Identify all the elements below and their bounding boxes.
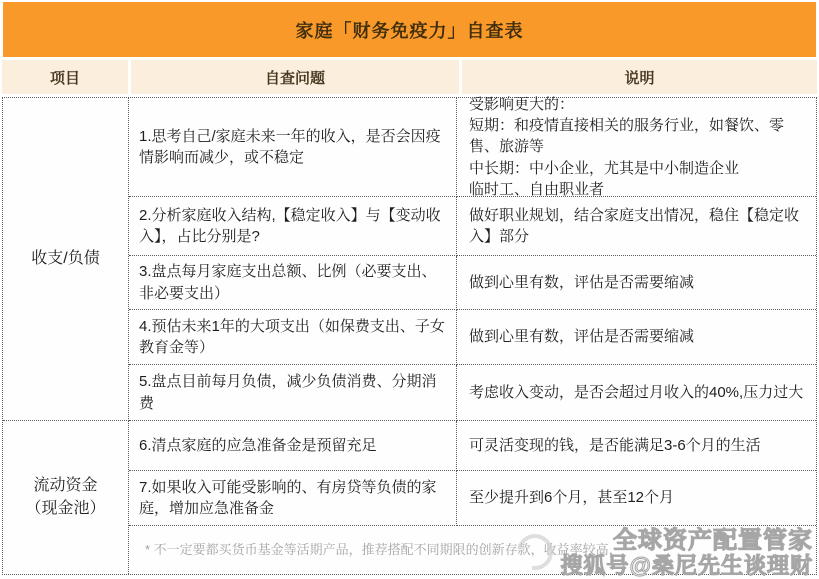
column-header-row: 项目 自查问题 说明 — [2, 60, 817, 94]
column-header-question: 自查问题 — [131, 60, 459, 94]
category-cell-liquid-funds: 流动资金 （现金池） — [3, 421, 129, 574]
title-banner: 家庭「财务免疫力」自查表 — [3, 2, 816, 57]
question-cell-5: 5.盘点目前每月负债，减少负债消费、分期消费 — [129, 365, 457, 421]
explanation-cell-3: 做到心里有数，评估是否需要缩减 — [457, 256, 816, 310]
explanation-cell-5: 考虑收入变动，是否会超过月收入的40%,压力过大 — [457, 365, 816, 421]
column-header-item: 项目 — [2, 60, 128, 94]
question-cell-7: 7.如果收入可能受影响的、有房贷等负债的家庭，增加应急准备金 — [129, 471, 457, 526]
explanation-cell-7: 至少提升到6个月，甚至12个月 — [457, 471, 816, 526]
question-cell-6: 6.清点家庭的应急准备金是预留充足 — [129, 421, 457, 471]
question-cell-3: 3.盘点每月家庭支出总额、比例（必要支出、非必要支出） — [129, 256, 457, 310]
explanation-cell-6: 可灵活变现的钱，是否能满足3-6个月的生活 — [457, 421, 816, 471]
column-header-explanation: 说明 — [462, 60, 817, 94]
table-body: 收支/负债 流动资金 （现金池） 1.思考自己/家庭未来一年的收入，是否会因疫情… — [2, 97, 817, 575]
explanation-cell-4: 做到心里有数，评估是否需要缩减 — [457, 310, 816, 365]
explanation-cell-2: 做好职业规划，结合家庭支出情况，稳住【稳定收入】部分 — [457, 197, 816, 256]
question-cell-4: 4.预估未来1年的大项支出（如保费支出、子女教育金等） — [129, 310, 457, 365]
footnote: * 不一定要都买货币基金等活期产品，推荐搭配不同期限的创新存款，收益率较高， — [129, 526, 816, 574]
financial-immunity-checklist: 家庭「财务免疫力」自查表 项目 自查问题 说明 收支/负债 流动资金 （现金池）… — [0, 0, 819, 579]
question-cell-1: 1.思考自己/家庭未来一年的收入，是否会因疫情影响而减少，或不稳定 — [129, 98, 457, 197]
page-title: 家庭「财务免疫力」自查表 — [296, 17, 524, 43]
question-cell-2: 2.分析家庭收入结构,【稳定收入】与【变动收入】，占比分别是? — [129, 197, 457, 256]
explanation-cell-1: 受影响更大的： 短期：和疫情直接相关的服务行业，如餐饮、零售、旅游等 中长期：中… — [457, 98, 816, 197]
category-cell-income-debt: 收支/负债 — [3, 98, 129, 421]
